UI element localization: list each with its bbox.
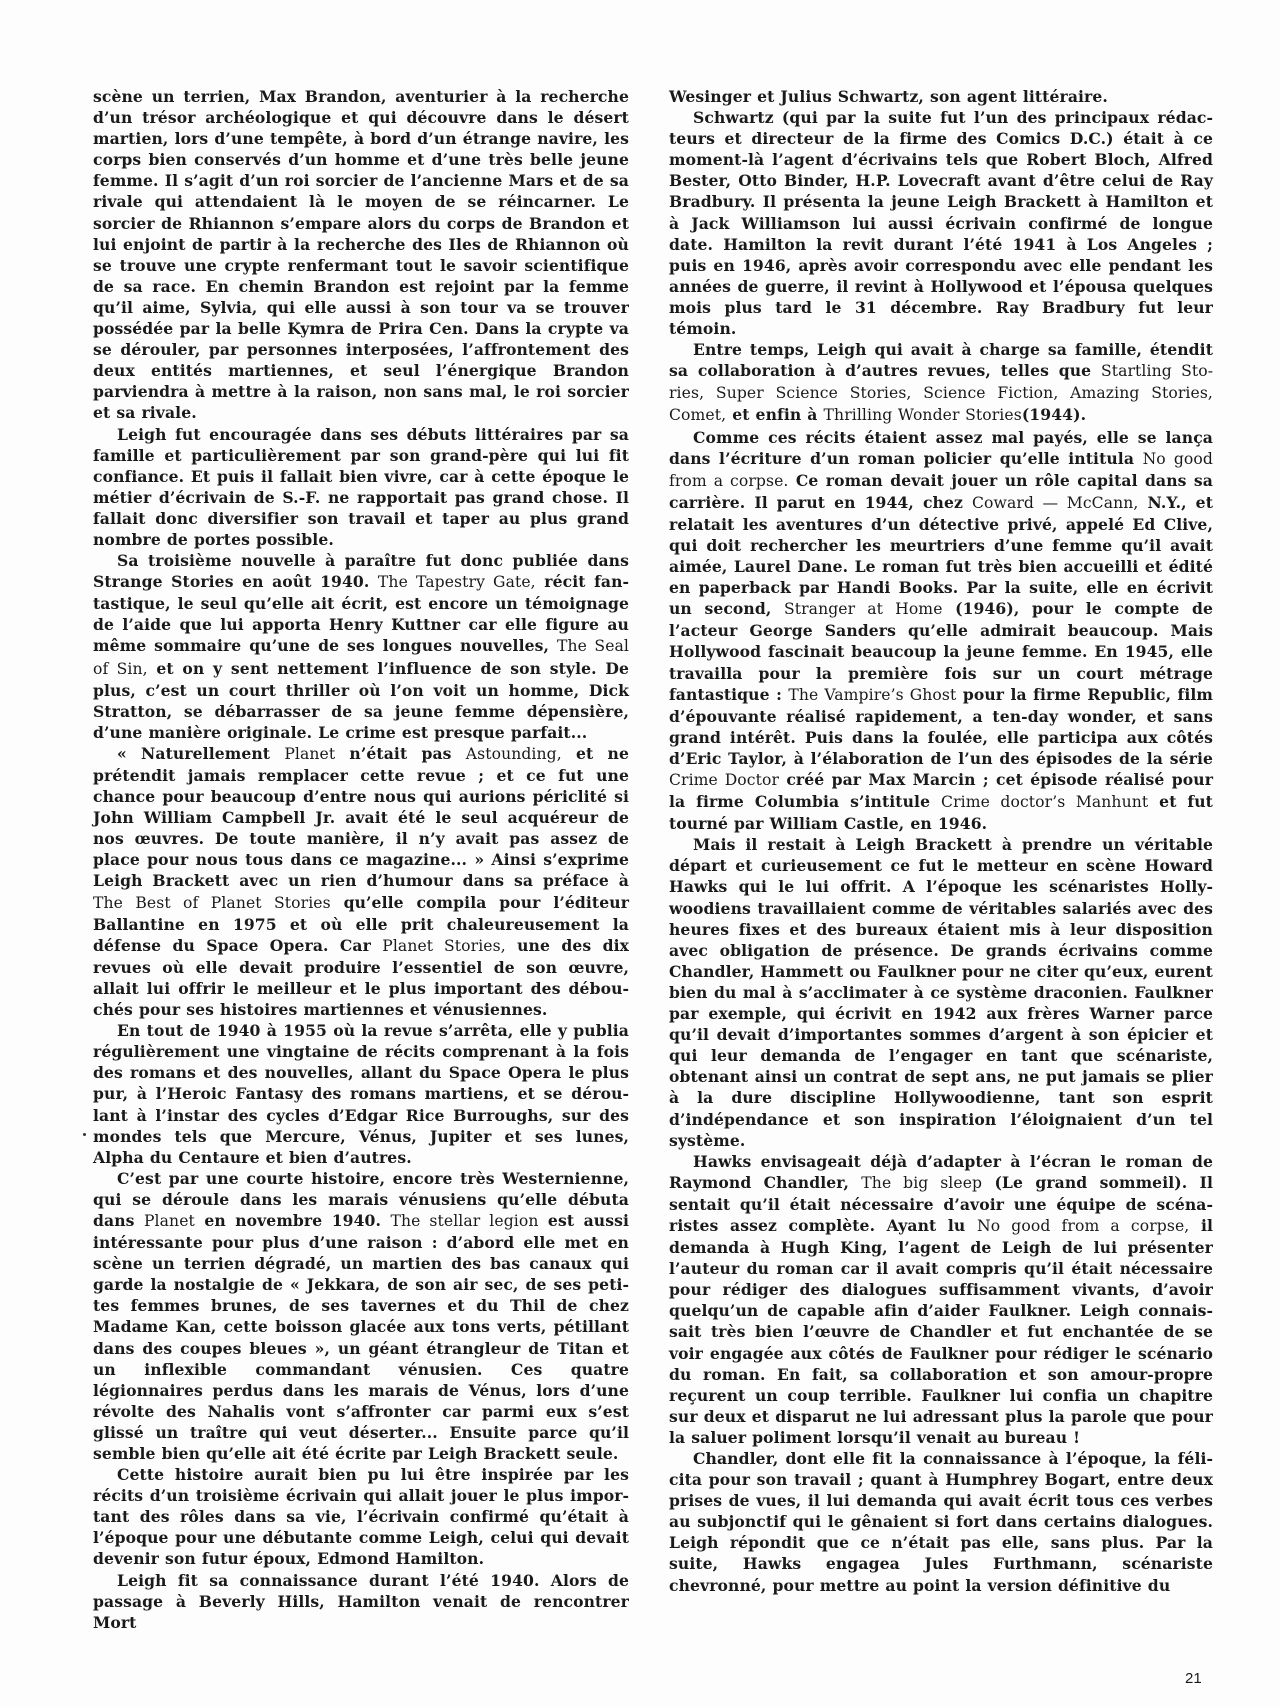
- paragraph: « Naturellement Planet n’était pas Astou…: [93, 743, 629, 1020]
- work-title: Coward — McCann,: [972, 494, 1138, 512]
- work-title: Crime Doctor: [669, 771, 779, 789]
- print-speck: [83, 1133, 86, 1136]
- paragraph: Wesinger et Julius Schwartz, son agent l…: [669, 86, 1213, 107]
- text-run: Chandler, dont elle fit la connaissance …: [669, 1449, 1213, 1595]
- work-title: Planet: [144, 1212, 195, 1230]
- work-title: The Best of Planet Stories: [93, 894, 331, 912]
- text-run: Cette histoire aurait bien pu lui être i…: [93, 1465, 629, 1568]
- page-number: 21: [1185, 1670, 1202, 1687]
- work-title: Astounding,: [466, 745, 562, 763]
- text-run: Leigh fit sa connaissance durant l’été 1…: [93, 1571, 629, 1632]
- paragraph: Chandler, dont elle fit la connaissance …: [669, 1448, 1213, 1596]
- text-run: et ne prétendit jamais remplacer cette r…: [93, 744, 629, 891]
- text-run: Schwartz (qui par la suite fut l’un des …: [669, 108, 1213, 338]
- work-title: Stranger at Home: [784, 600, 943, 618]
- paragraph: scène un terrien, Max Brandon, aventurie…: [93, 86, 629, 424]
- work-title: Crime doctor’s Manhunt: [941, 793, 1148, 811]
- text-run: est aussi intéressante pour plus d’une r…: [93, 1211, 629, 1463]
- text-run: En tout de 1940 à 1955 où la revue s’arr…: [93, 1021, 629, 1167]
- left-column: scène un terrien, Max Brandon, aventurie…: [93, 86, 629, 1633]
- paragraph: En tout de 1940 à 1955 où la revue s’arr…: [93, 1020, 629, 1168]
- paragraph: Schwartz (qui par la suite fut l’un des …: [669, 107, 1213, 339]
- text-run: et enfin à: [726, 405, 823, 424]
- document-page: scène un terrien, Max Brandon, aventurie…: [0, 0, 1280, 1707]
- paragraph: Leigh fit sa connaissance durant l’été 1…: [93, 1570, 629, 1633]
- paragraph: Leigh fut encouragée dans ses débuts lit…: [93, 424, 629, 551]
- text-run: « Naturellement: [117, 744, 284, 763]
- work-title: Planet Stories,: [382, 937, 506, 955]
- work-title: Thrilling Wonder Stories: [824, 406, 1022, 424]
- text-run: en novembre 1940.: [195, 1211, 391, 1230]
- text-run: n’était pas: [335, 744, 466, 763]
- text-run: Comme ces récits étaient assez mal payés…: [669, 428, 1213, 468]
- paragraph: C’est par une courte histoire, encore tr…: [93, 1168, 629, 1464]
- text-run: il demanda à Hugh King, l’agent de Leigh…: [669, 1216, 1213, 1447]
- right-column: Wesinger et Julius Schwartz, son agent l…: [669, 86, 1213, 1596]
- text-run: scène un terrien, Max Brandon, aventurie…: [93, 87, 629, 422]
- paragraph: Hawks envisageait déjà d’adapter à l’écr…: [669, 1151, 1213, 1448]
- paragraph: Entre temps, Leigh qui avait à charge sa…: [669, 339, 1213, 426]
- text-run: Mais il restait à Leigh Brackett à prend…: [669, 835, 1213, 1149]
- text-run: et on y sent nettement l’influence de so…: [93, 659, 629, 742]
- work-title: The stellar legion: [390, 1212, 538, 1230]
- work-title: The Vampire’s Ghost: [788, 686, 956, 704]
- work-title: No good from a corpse,: [977, 1217, 1189, 1235]
- text-run: Wesinger et Julius Schwartz, son agent l…: [669, 87, 1108, 106]
- paragraph: Cette histoire aurait bien pu lui être i…: [93, 1464, 629, 1569]
- work-title: The Tapestry Gate,: [378, 573, 536, 591]
- work-title: The big sleep: [861, 1174, 982, 1192]
- text-run: (1944).: [1022, 405, 1086, 424]
- paragraph: Comme ces récits étaient assez mal payés…: [669, 427, 1213, 835]
- paragraph: Mais il restait à Leigh Brackett à prend…: [669, 834, 1213, 1150]
- text-run: Leigh fut encouragée dans ses débuts lit…: [93, 425, 629, 549]
- paragraph: Sa troisième nouvelle à paraître fut don…: [93, 550, 629, 743]
- work-title: Planet: [284, 745, 335, 763]
